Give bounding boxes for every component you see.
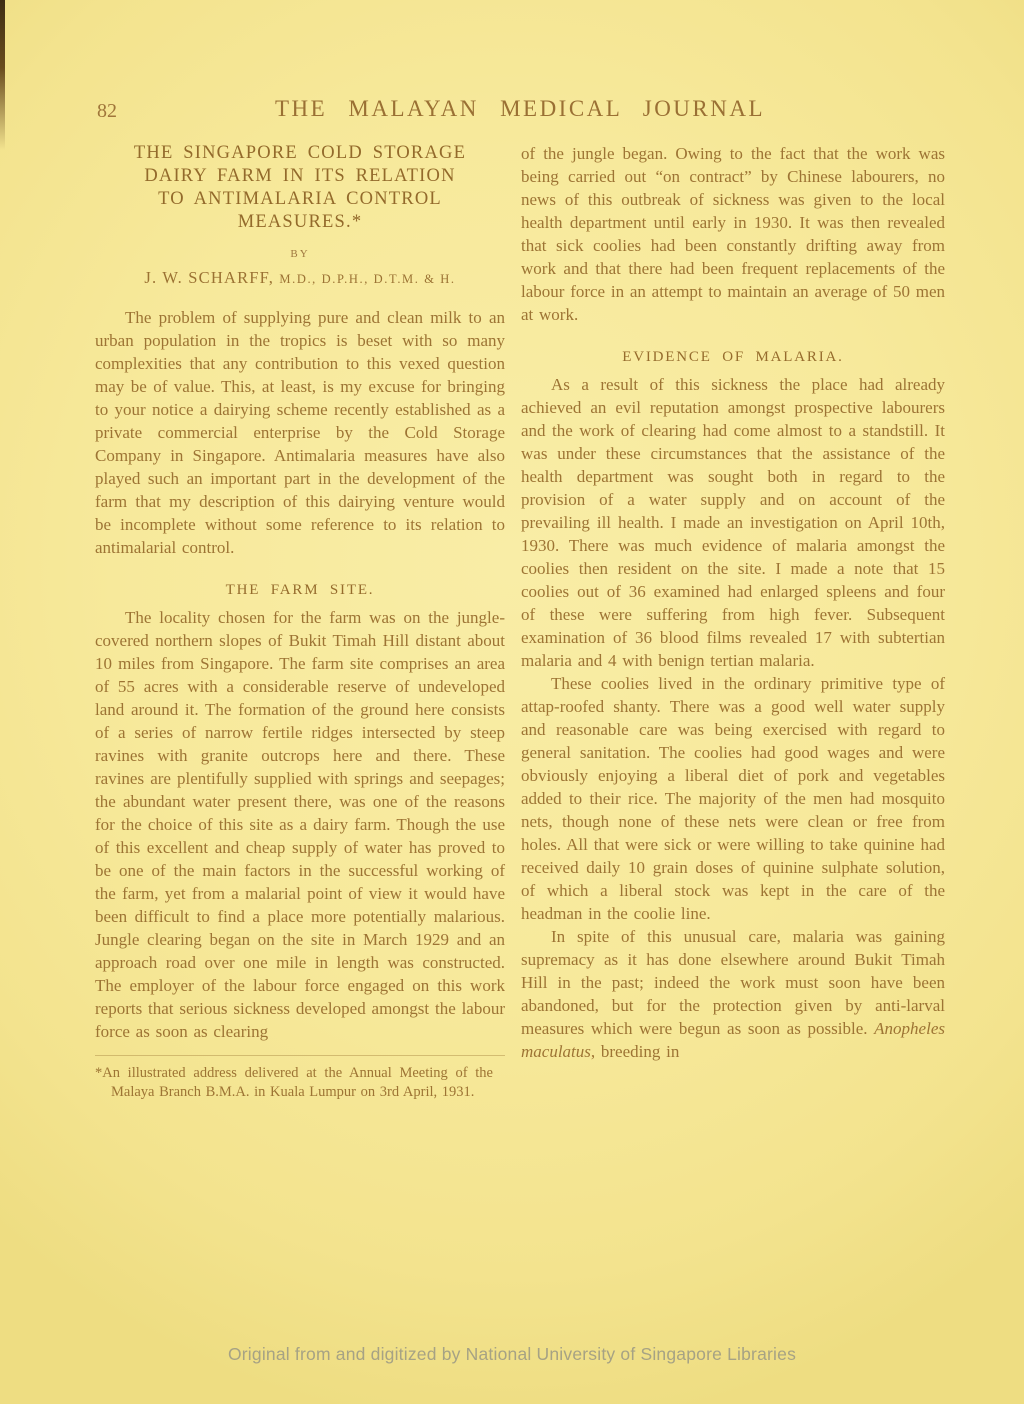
author-name: J. W. SCHARFF, bbox=[144, 268, 274, 287]
page-number: 82 bbox=[97, 100, 117, 123]
two-column-layout: THE SINGAPORE COLD STORAGE DAIRY FARM IN… bbox=[95, 142, 945, 1101]
article-title-line: TO ANTIMALARIA CONTROL bbox=[95, 188, 505, 211]
byline-label: BY bbox=[95, 248, 505, 260]
section-heading-farm-site: THE FARM SITE. bbox=[95, 582, 505, 599]
author-credentials: M.D., D.P.H., D.T.M. & H. bbox=[279, 272, 455, 286]
article-title-line: MEASURES.* bbox=[95, 211, 505, 234]
right-column: of the jungle began. Owing to the fact t… bbox=[521, 142, 945, 1101]
footer-credit: Original from and digitized by National … bbox=[0, 1344, 1024, 1365]
body-paragraph: These coolies lived in the ordinary prim… bbox=[521, 672, 945, 925]
closing-text-post: , breeding in bbox=[591, 1042, 679, 1061]
author-line: J. W. SCHARFF, M.D., D.P.H., D.T.M. & H. bbox=[95, 268, 505, 288]
body-paragraph-closing: In spite of this unusual care, malaria w… bbox=[521, 925, 945, 1063]
left-column: THE SINGAPORE COLD STORAGE DAIRY FARM IN… bbox=[95, 142, 505, 1101]
section-heading-evidence-of-malaria: EVIDENCE OF MALARIA. bbox=[521, 349, 945, 366]
body-paragraph: The problem of supplying pure and clean … bbox=[95, 306, 505, 559]
article-title: THE SINGAPORE COLD STORAGE DAIRY FARM IN… bbox=[95, 142, 505, 234]
running-header: 82 THE MALAYAN MEDICAL JOURNAL bbox=[95, 96, 945, 126]
scanned-page: 82 THE MALAYAN MEDICAL JOURNAL THE SINGA… bbox=[0, 0, 1024, 1101]
footnote-rule bbox=[95, 1055, 505, 1056]
article-title-line: THE SINGAPORE COLD STORAGE bbox=[95, 142, 505, 165]
body-paragraph: As a result of this sickness the place h… bbox=[521, 373, 945, 672]
journal-title: THE MALAYAN MEDICAL JOURNAL bbox=[275, 96, 765, 122]
article-title-line: DAIRY FARM IN ITS RELATION bbox=[95, 165, 505, 188]
body-paragraph: The locality chosen for the farm was on … bbox=[95, 606, 505, 1043]
footnote: *An illustrated address delivered at the… bbox=[95, 1064, 493, 1101]
body-paragraph: of the jungle began. Owing to the fact t… bbox=[521, 142, 945, 326]
